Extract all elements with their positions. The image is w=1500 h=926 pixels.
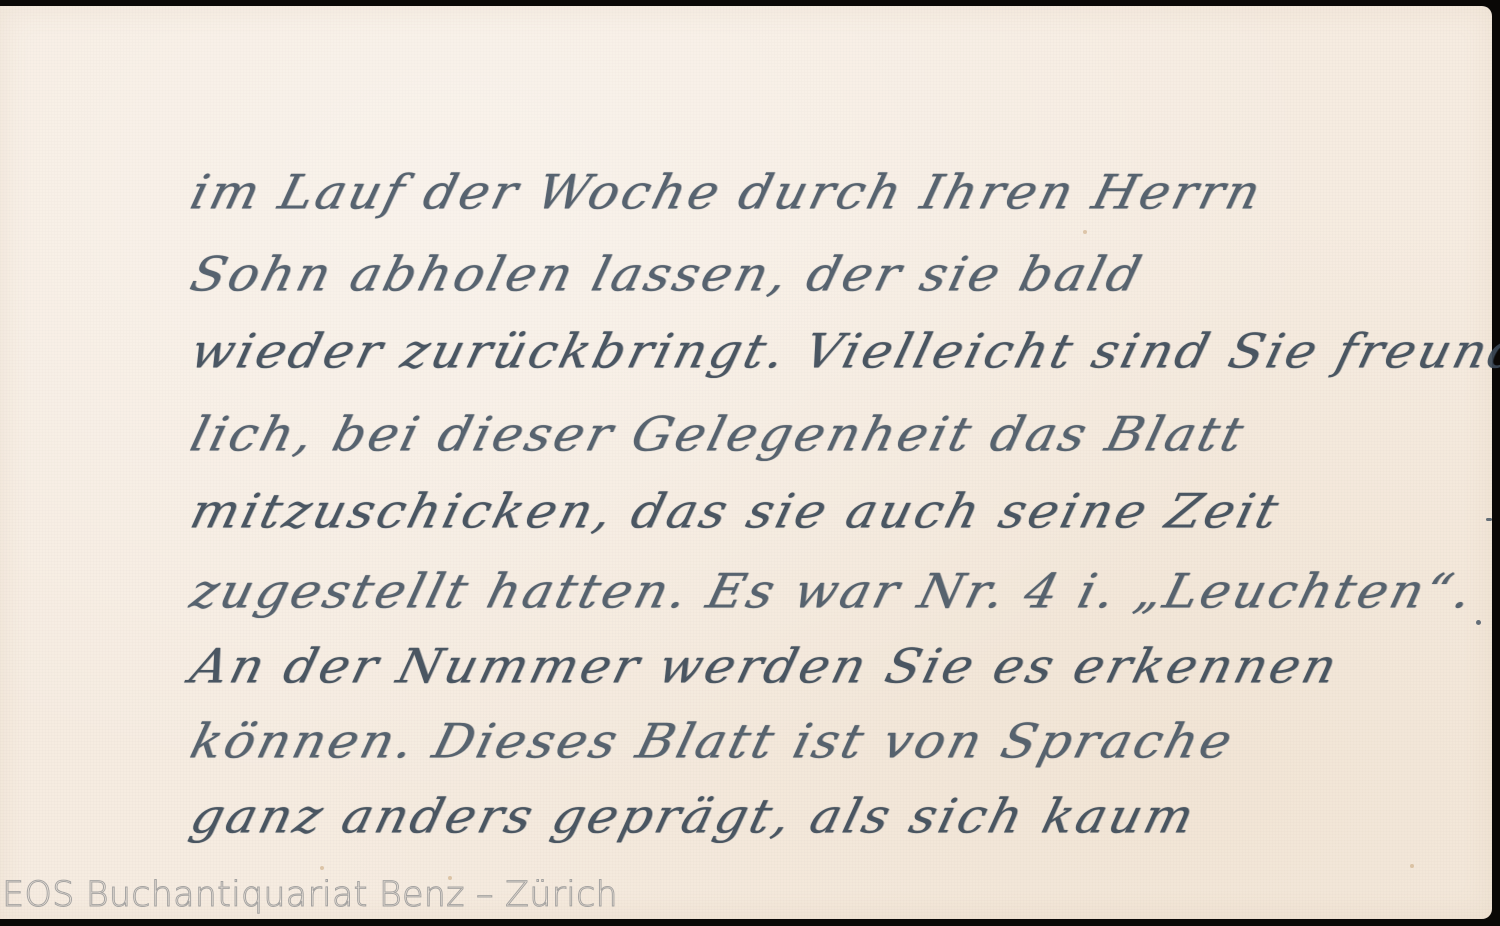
handwriting-line-8: können. Dieses Blatt ist von Sprache — [185, 714, 1240, 769]
paper-stain — [1083, 230, 1087, 234]
handwriting-line-3: wieder zurückbringt. Vielleicht sind Sie… — [185, 324, 1500, 379]
handwriting-line-1: im Lauf der Woche durch Ihren Herrn — [185, 165, 1269, 220]
handwriting-line-2: Sohn abholen lassen, der sie bald — [185, 247, 1149, 302]
period-mark — [1476, 620, 1481, 625]
handwriting-line-7: An der Nummer werden Sie es erkennen — [185, 639, 1345, 694]
handwriting-line-5: mitzuschicken, das sie auch seine Zeit — [185, 484, 1286, 539]
paper-stain — [1410, 864, 1414, 868]
paper-stain — [320, 866, 324, 870]
hyphen-mark — [1486, 518, 1492, 521]
handwriting-line-4: lich, bei dieser Gelegenheit das Blatt — [185, 407, 1252, 462]
letter-card: im Lauf der Woche durch Ihren Herrn Sohn… — [0, 6, 1492, 919]
handwriting-line-6: zugestellt hatten. Es war Nr. 4 i. „Leuc… — [185, 564, 1480, 619]
watermark-text: EOS Buchantiquariat Benz – Zürich — [2, 875, 618, 915]
handwriting-line-9: ganz anders geprägt, als sich kaum — [185, 789, 1202, 844]
